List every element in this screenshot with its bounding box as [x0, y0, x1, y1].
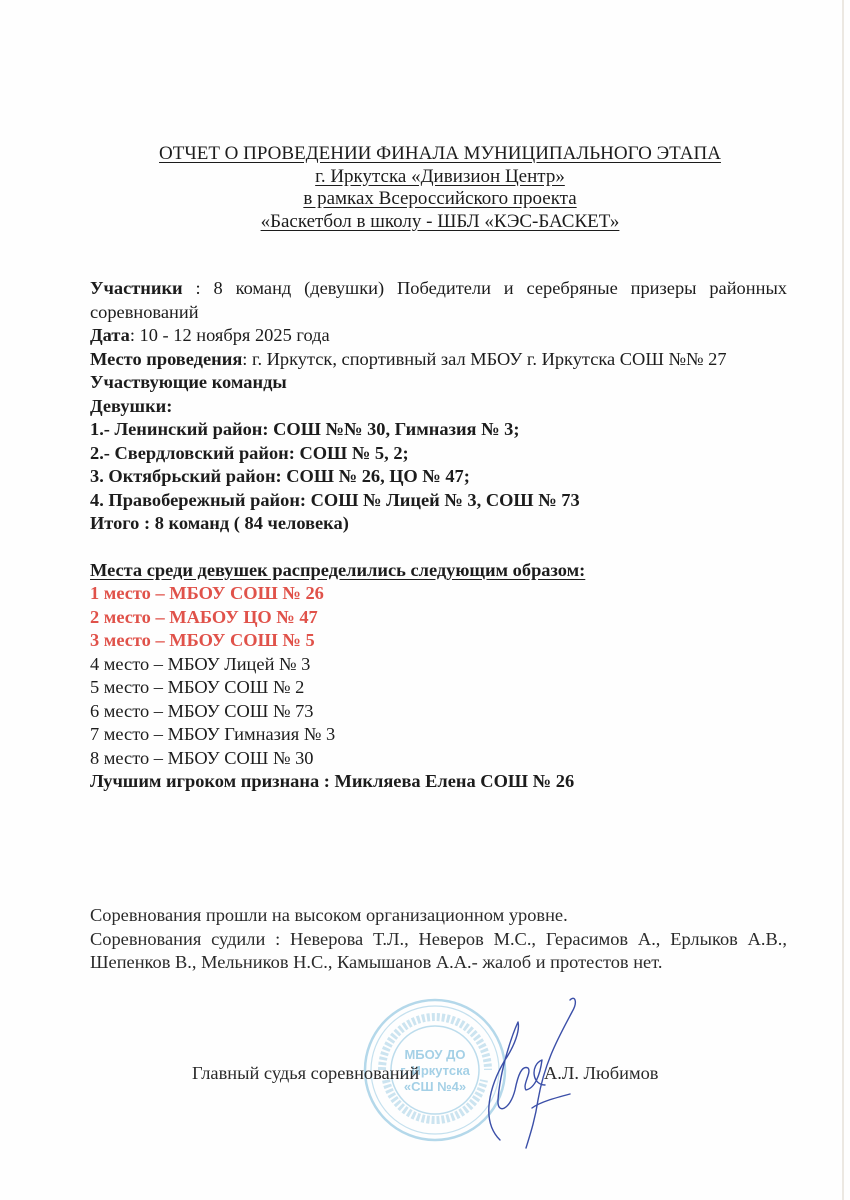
place-5: 5 место – МБОУ СОШ № 2	[90, 676, 787, 700]
signature-row: Главный судья соревнований А.Л. Любимов	[192, 1063, 692, 1093]
chief-judge-role: Главный судья соревнований	[192, 1063, 419, 1084]
place-6: 6 место – МБОУ СОШ № 73	[90, 700, 787, 724]
place-7: 7 место – МБОУ Гимназия № 3	[90, 723, 787, 747]
best-player: Лучшим игроком признана : Микляева Елена…	[90, 770, 787, 794]
places-heading: Места среди девушек распределились следу…	[90, 559, 787, 583]
venue-label: Место проведения	[90, 349, 242, 369]
venue-text: : г. Иркутск, спортивный зал МБОУ г. Ирк…	[242, 349, 726, 369]
handwritten-signature-icon	[460, 990, 590, 1150]
place-8: 8 место – МБОУ СОШ № 30	[90, 747, 787, 771]
teams-total: Итого : 8 команд ( 84 человека)	[90, 512, 787, 536]
participants-text: : 8 команд (девушки) Победители и серебр…	[90, 278, 787, 322]
report-body: Участники : 8 команд (девушки) Победител…	[90, 277, 787, 794]
title-line-3: в рамках Всероссийского проекта	[0, 188, 850, 211]
place-1: 1 место – МБОУ СОШ № 26	[90, 582, 787, 606]
place-3: 3 место – МБОУ СОШ № 5	[90, 629, 787, 653]
conclusion-text: Соревнования прошли на высоком организац…	[90, 904, 787, 928]
place-2: 2 место – МАБОУ ЦО № 47	[90, 606, 787, 630]
document-title: ОТЧЕТ О ПРОВЕДЕНИИ ФИНАЛА МУНИЦИПАЛЬНОГО…	[0, 143, 850, 233]
document-page: ОТЧЕТ О ПРОВЕДЕНИИ ФИНАЛА МУНИЦИПАЛЬНОГО…	[0, 0, 850, 1200]
date-text: : 10 - 12 ноября 2025 года	[130, 325, 330, 345]
title-line-1: ОТЧЕТ О ПРОВЕДЕНИИ ФИНАЛА МУНИЦИПАЛЬНОГО…	[0, 143, 850, 166]
teams-heading: Участвующие команды	[90, 371, 787, 395]
spacer	[90, 536, 787, 559]
venue-line: Место проведения: г. Иркутск, спортивный…	[90, 348, 787, 372]
participants-line: Участники : 8 команд (девушки) Победител…	[90, 277, 787, 324]
report-conclusion: Соревнования прошли на высоком организац…	[90, 904, 787, 975]
title-line-4: «Баскетбол в школу - ШБЛ «КЭС-БАСКЕТ»	[0, 211, 850, 234]
date-line: Дата: 10 - 12 ноября 2025 года	[90, 324, 787, 348]
title-line-2: г. Иркутска «Дивизион Центр»	[0, 166, 850, 189]
referees-text: Соревнования судили : Неверова Т.Л., Нев…	[90, 928, 787, 975]
teams-group: Девушки:	[90, 395, 787, 419]
team-district-1: 1.- Ленинский район: СОШ №№ 30, Гимназия…	[90, 418, 787, 442]
team-district-4: 4. Правобережный район: СОШ № Лицей № 3,…	[90, 489, 787, 513]
team-district-2: 2.- Свердловский район: СОШ № 5, 2;	[90, 442, 787, 466]
team-district-3: 3. Октябрьский район: СОШ № 26, ЦО № 47;	[90, 465, 787, 489]
date-label: Дата	[90, 325, 130, 345]
place-4: 4 место – МБОУ Лицей № 3	[90, 653, 787, 677]
participants-label: Участники	[90, 278, 183, 298]
